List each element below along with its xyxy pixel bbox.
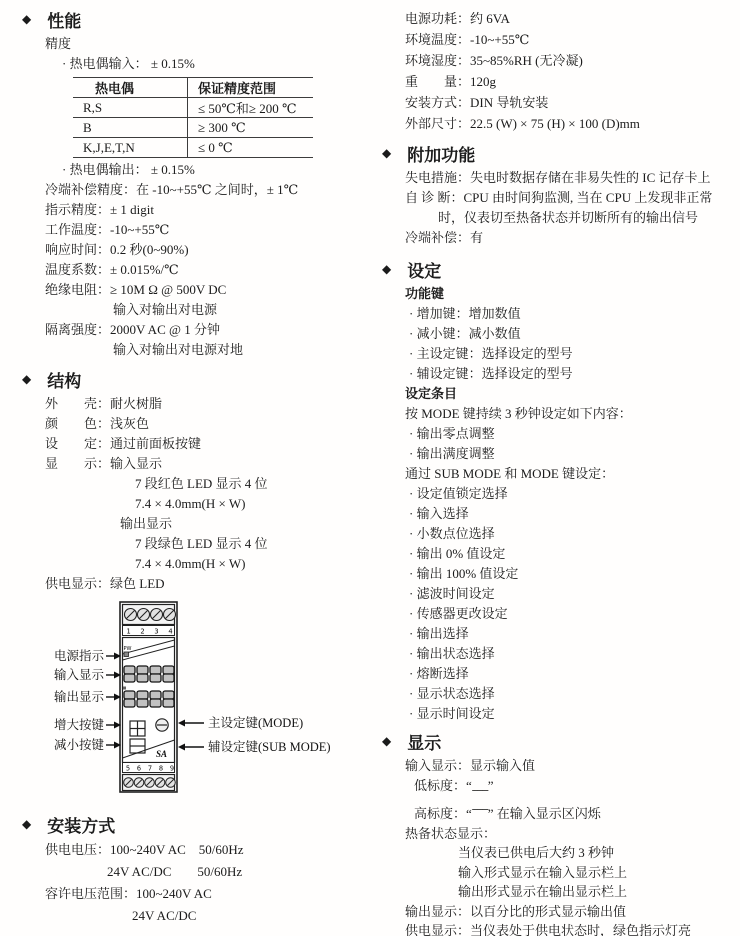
right-callout-arrowheads [178,720,185,751]
spec-line: 设 定：通过前面板按键 [45,434,376,454]
terminal-number: 5 [126,765,130,773]
table-header-row: 热电偶 保证精度范围 [73,78,313,98]
diamond-bullet-icon: ◆ [22,817,31,831]
spec-line: · 滤波时间设定 [409,584,740,604]
spec-line: · 熔断选择 [409,664,740,684]
section-header-additional-functions: ◆ 附加功能 [378,142,740,164]
spec-line: 输入形式显示在输入显示栏上 [458,863,740,883]
spec-line: · 输出零点调整 [409,424,740,444]
section-title-settings: 设定 [407,257,441,282]
section-header-performance: ◆ 性能 [18,8,376,30]
callout-label-input-display: 输入显示 [54,667,105,682]
spec-line: 供电电压：100~240V AC 50/60Hz [45,839,376,861]
cell-thermocouple-type: K,J,E,T,N [73,138,188,158]
spec-line: 环境温度：-10~+55℃ [405,29,740,50]
terminal-number: 3 [154,628,158,636]
spec-line: 供电显示：当仪表处于供电状态时，绿色指示灯亮 [405,921,740,936]
spec-line: 隔离强度：2000V AC @ 1 分钟 [45,320,376,340]
diamond-bullet-icon: ◆ [382,146,391,160]
mode-button-icon [156,719,168,731]
spec-line: 按 MODE 键持续 3 秒钟设定如下内容： [405,404,740,424]
right-callout-lines [185,723,204,747]
diamond-bullet-icon: ◆ [22,12,31,26]
section-title-display: 显示 [407,729,441,754]
section-header-structure: ◆ 结构 [18,368,376,390]
spec-line: 外 壳：耐火树脂 [45,394,376,414]
status-indicator-dot [123,687,126,690]
spec-line: · 输出 100% 值设定 [409,564,740,584]
diamond-bullet-icon: ◆ [382,734,391,748]
spec-line: · 减小键：减小数值 [409,324,740,344]
high-scale-tail: ” 在输入显示区闪烁 [488,806,601,821]
spec-line: 输出显示：以百分比的形式显示输出值 [405,902,740,922]
col-header-thermocouple: 热电偶 [73,78,188,98]
spec-line: 冷端补偿：有 [405,228,740,248]
terminal-number: 8 [159,765,163,773]
section-title-performance: 性能 [47,7,81,32]
low-scale-line: 低标度：“------” [414,776,740,801]
diamond-bullet-icon: ◆ [22,372,31,386]
spec-line: · 输出状态选择 [409,644,740,664]
terminal-number: 7 [148,765,152,773]
left-column: ◆ 性能 精度 · 热电偶输入： ± 0.15% 热电偶 保证精度范围 R,S … [18,8,376,927]
spec-line: · 热电偶输出： ± 0.15% [62,160,376,180]
structure-lines: 外 壳：耐火树脂 颜 色：浅灰色 设 定：通过前面板按键 显 示：输入显示 7 … [18,394,376,594]
cell-thermocouple-type: R,S [73,98,188,118]
spec-line: · 主设定键：选择设定的型号 [409,344,740,364]
spec-line: 外部尺寸：22.5 (W) × 75 (H) × 100 (D)mm [405,113,740,134]
spec-line: 热备状态显示： [405,824,740,844]
high-scale-line: 高标度：“------” 在输入显示区闪烁 [414,800,740,824]
terminal-number: 4 [168,628,172,636]
tc-accuracy-table: 热电偶 保证精度范围 R,S ≤ 50℃和≥ 200 ℃ B ≥ 300 ℃ [73,77,313,158]
spec-line: 时，仪表切至热备状态并切断所有的输出信号 [438,208,740,228]
spec-line: · 增加键：增加数值 [409,304,740,324]
tc-input-line: · 热电偶输入： ± 0.15% [62,54,376,74]
spec-line: 设定条目 [405,384,740,404]
screw-terminal-icon [124,778,134,788]
spec-line: 指示精度：± 1 digit [45,200,376,220]
callout-label-sub-mode-key: 辅设定键(SUB MODE) [208,739,331,754]
spec-line: 7 段红色 LED 显示 4 位 [135,474,376,494]
performance-lines: · 热电偶输出： ± 0.15% 冷端补偿精度：在 -10~+55℃ 之间时，±… [18,160,376,360]
col-header-accuracy-range: 保证精度范围 [188,78,314,98]
spec-line: 绝缘电阻：≥ 10M Ω @ 500V DC [45,280,376,300]
diamond-bullet-icon: ◆ [382,262,391,276]
screw-terminal-icon [145,778,155,788]
terminal-number: 2 [140,628,144,636]
table-row: B ≥ 300 ℃ [73,118,313,138]
spec-line: · 显示时间设定 [409,704,740,724]
settings-lines: 功能键 · 增加键：增加数值 · 减小键：减小数值 · 主设定键：选择设定的型号… [378,284,740,724]
spec-line: 通过 SUB MODE 和 MODE 键设定： [405,464,740,484]
low-scale-tail: ” [488,778,494,793]
section-title-installation: 安装方式 [47,812,115,837]
cell-accuracy-range: ≥ 300 ℃ [188,118,314,138]
spec-line: · 辅设定键：选择设定的型号 [409,364,740,384]
spec-line: 响应时间：0.2 秒(0~90%) [45,240,376,260]
right-column: 电源功耗：约 6VA 环境温度：-10~+55℃ 环境湿度：35~85%RH (… [378,8,740,936]
spec-line: · 小数点位选择 [409,524,740,544]
spec-line: 输入对输出对电源 [113,300,376,320]
spec-line: 重 量：120g [405,71,740,92]
spec-line: 自 诊 断：CPU 由时间狗监测, 当在 CPU 上发现非正常 [405,188,740,208]
spec-line: 输入对输出对电源对地 [113,340,376,360]
callout-label-mode-key: 主设定键(MODE) [208,715,303,730]
spec-line: 颜 色：浅灰色 [45,414,376,434]
low-scale-label: 低标度：“ [414,778,472,793]
device-front-panel-diagram: 1 2 3 4 PW [18,600,370,802]
spec-line: 工作温度：-10~+55℃ [45,220,376,240]
screw-terminal-icon [134,778,144,788]
cell-accuracy-range: ≤ 0 ℃ [188,138,314,158]
additional-function-lines: 失电措施：失电时数据存储在非易失性的 IC 记存卡上 自 诊 断：CPU 由时间… [378,168,740,248]
spec-line: · 输出满度调整 [409,444,740,464]
screw-terminal-icon [125,609,137,621]
screw-terminal-icon [151,609,163,621]
power-led-icon [124,652,129,657]
spec-line: 输出形式显示在输出显示栏上 [458,882,740,902]
spec-line: · 显示状态选择 [409,684,740,704]
pw-led-label: PW [124,646,132,652]
section-header-installation: ◆ 安装方式 [18,813,376,835]
spec-line: 显 示：输入显示 [45,454,376,474]
bottom-screw-terminals [124,778,176,788]
accuracy-subhead: 精度 [45,34,376,54]
installation-lines: 供电电压：100~240V AC 50/60Hz 24V AC/DC 50/60… [18,839,376,927]
spec-line: 安装方式：DIN 导轨安装 [405,92,740,113]
spec-line: 24V AC/DC [132,905,376,927]
spec-line: · 输出 0% 值设定 [409,544,740,564]
arrow-left-icon [178,720,185,727]
high-scale-dashes: ------ [472,800,488,820]
spec-line: 7 段绿色 LED 显示 4 位 [135,534,376,554]
display-section-lines: 输入显示：显示输入值 低标度：“------” 高标度：“------” 在输入… [378,756,740,936]
terminal-number: 1 [126,628,130,636]
spec-line: · 传感器更改设定 [409,604,740,624]
screw-terminal-icon [166,778,176,788]
spec-line: 7.4 × 4.0mm(H × W) [135,494,376,514]
general-spec-lines: 电源功耗：约 6VA 环境温度：-10~+55℃ 环境湿度：35~85%RH (… [378,8,740,134]
callout-label-increase-button: 增大按键 [54,717,105,732]
spec-line: 温度系数：± 0.015%/℃ [45,260,376,280]
low-scale-dashes: ------ [472,781,488,801]
high-scale-label: 高标度：“ [414,806,472,821]
callout-label-decrease-button: 减小按键 [54,737,105,752]
spec-line: 环境湿度：35~85%RH (无冷凝) [405,50,740,71]
datasheet-page: ◆ 性能 精度 · 热电偶输入： ± 0.15% 热电偶 保证精度范围 R,S … [0,0,740,936]
callout-label-power-indicator: 电源指示 [54,648,105,663]
spec-line: · 设定值锁定选择 [409,484,740,504]
spec-line: 供电显示：绿色 LED [45,574,376,594]
section-header-display: ◆ 显示 [378,730,740,752]
callout-label-output-display: 输出显示 [54,689,105,704]
spec-line: · 输出选择 [409,624,740,644]
increase-button-icon [130,721,145,736]
spec-line: 7.4 × 4.0mm(H × W) [135,554,376,574]
display-lines: 热备状态显示： 当仪表已供电后大约 3 秒钟 输入形式显示在输入显示栏上 输出形… [378,824,740,936]
screw-terminal-icon [164,609,176,621]
section-header-settings: ◆ 设定 [378,258,740,280]
spec-line: 24V AC/DC 50/60Hz [107,861,376,883]
spec-line: 失电措施：失电时数据存储在非易失性的 IC 记存卡上 [405,168,740,188]
terminal-number: 9 [170,765,174,773]
left-callout-lines [106,656,114,745]
spec-line: 电源功耗：约 6VA [405,8,740,29]
cell-thermocouple-type: B [73,118,188,138]
spec-line: 当仪表已供电后大约 3 秒钟 [458,843,740,863]
screw-terminal-icon [138,609,150,621]
spec-line: 输出显示 [120,514,376,534]
spec-line: 功能键 [405,284,740,304]
table-row: K,J,E,T,N ≤ 0 ℃ [73,138,313,158]
cell-accuracy-range: ≤ 50℃和≥ 200 ℃ [188,98,314,118]
table-row: R,S ≤ 50℃和≥ 200 ℃ [73,98,313,118]
screw-terminal-icon [155,778,165,788]
input-display-line: 输入显示：显示输入值 [405,756,740,776]
sa-label: SA [156,749,167,759]
section-title-structure: 结构 [47,367,81,392]
arrow-left-icon [178,744,185,751]
terminal-number: 6 [137,765,141,773]
section-title-additional-functions: 附加功能 [407,141,475,166]
spec-line: · 输入选择 [409,504,740,524]
spec-line: 冷端补偿精度：在 -10~+55℃ 之间时，± 1℃ [45,180,376,200]
spec-line: 容许电压范围：100~240V AC [45,883,376,905]
